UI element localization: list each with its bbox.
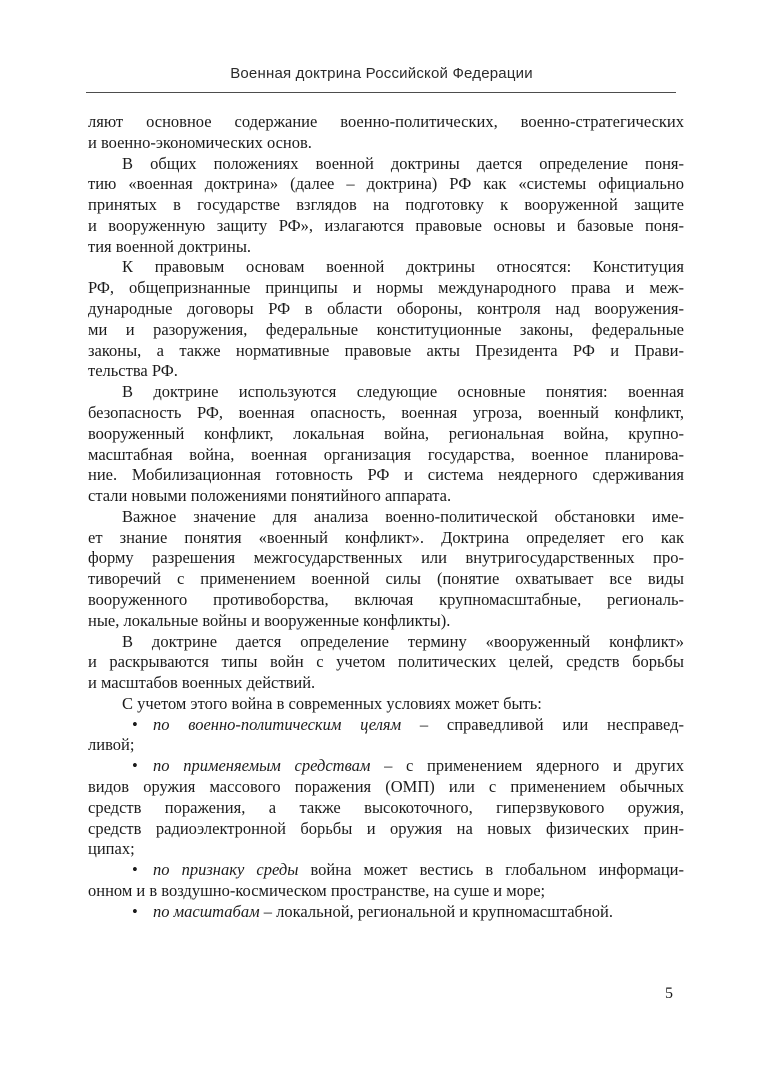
text-line: РФ, общепризнанные принципы и нормы межд…: [88, 278, 684, 299]
text-line: форму разрешения межгосударственных или …: [88, 548, 684, 569]
text-segment: ные, локальные войны и вооруженные конфл…: [88, 611, 450, 630]
text-line: тия военной доктрины.: [88, 237, 684, 258]
indent-spacer: [88, 646, 122, 647]
text-segment: РФ, общепризнанные принципы и нормы межд…: [88, 278, 684, 297]
text-segment: ливой;: [88, 735, 134, 754]
text-line: и военно-экономических основ.: [88, 133, 684, 154]
text-line: ные, локальные войны и вооруженные конфл…: [88, 611, 684, 632]
indent-spacer: [88, 521, 122, 522]
text-line: онном и в воздушно-космическом пространс…: [88, 881, 684, 902]
indent-spacer: [88, 708, 122, 709]
text-segment: вооруженного противоборства, включая кру…: [88, 590, 684, 609]
text-segment: тельства РФ.: [88, 361, 178, 380]
text-line: принятых в государстве взглядов на подго…: [88, 195, 684, 216]
text-segment: – с применением ядерного и других: [370, 756, 684, 775]
text-line: ние. Мобилизационная готовность РФ и сис…: [88, 465, 684, 486]
header-rule: [86, 92, 676, 93]
text-segment: средств радиоэлектронной борьбы и оружия…: [88, 819, 684, 838]
text-segment: и масштабов военных действий.: [88, 673, 315, 692]
indent-spacer: [88, 729, 132, 730]
text-line: тию «военная доктрина» (далее – доктрина…: [88, 174, 684, 195]
italic-term: по масштабам: [153, 902, 260, 921]
running-header-title: Военная доктрина Российской Федерации: [230, 65, 533, 82]
text-segment: К правовым основам военной доктрины отно…: [122, 257, 684, 276]
text-segment: дународные договоры РФ в области обороны…: [88, 299, 684, 318]
text-line: стали новыми положениями понятийного апп…: [88, 486, 684, 507]
italic-term: по военно-политическим целям: [153, 715, 401, 734]
running-header: Военная доктрина Российской Федерации: [0, 63, 763, 85]
text-line: •по масштабам – локальной, региональной …: [88, 902, 684, 923]
text-segment: ципах;: [88, 839, 135, 858]
text-line: безопасность РФ, военная опасность, воен…: [88, 403, 684, 424]
indent-spacer: [88, 396, 122, 397]
text-segment: ляют основное содержание военно-политиче…: [88, 112, 684, 131]
text-line: ляют основное содержание военно-политиче…: [88, 112, 684, 133]
text-segment: и вооруженную защиту РФ», излагаются пра…: [88, 216, 684, 235]
text-segment: законы, а также нормативные правовые акт…: [88, 341, 684, 360]
text-segment: В доктрине дается определение термину «в…: [122, 632, 684, 651]
text-line: и раскрываются типы войн с учетом полити…: [88, 652, 684, 673]
text-segment: онном и в воздушно-космическом пространс…: [88, 881, 545, 900]
bullet-marker-icon: •: [132, 715, 153, 736]
text-segment: средств поражения, а также высокоточного…: [88, 798, 684, 817]
text-segment: принятых в государстве взглядов на подго…: [88, 195, 684, 214]
text-column: ляют основное содержание военно-политиче…: [88, 112, 684, 922]
text-line: К правовым основам военной доктрины отно…: [88, 257, 684, 278]
text-line: ципах;: [88, 839, 684, 860]
text-segment: видов оружия массового поражения (ОМП) и…: [88, 777, 684, 796]
text-segment: форму разрешения межгосударственных или …: [88, 548, 684, 567]
text-line: В доктрине используются следующие основн…: [88, 382, 684, 403]
text-line: С учетом этого война в современных услов…: [88, 694, 684, 715]
text-segment: В доктрине используются следующие основн…: [122, 382, 684, 401]
text-line: ет знание понятия «военный конфликт». До…: [88, 528, 684, 549]
text-line: вооруженного противоборства, включая кру…: [88, 590, 684, 611]
text-segment: Важное значение для анализа военно-полит…: [122, 507, 684, 526]
italic-term: по признаку среды: [153, 860, 298, 879]
text-segment: ет знание понятия «военный конфликт». До…: [88, 528, 684, 547]
text-segment: и раскрываются типы войн с учетом полити…: [88, 652, 684, 671]
text-line: •по признаку среды война может вестись в…: [88, 860, 684, 881]
text-line: •по применяемым средствам – с применение…: [88, 756, 684, 777]
text-line: ми и разоружения, федеральные конституци…: [88, 320, 684, 341]
text-segment: ми и разоружения, федеральные конституци…: [88, 320, 684, 339]
indent-spacer: [88, 916, 132, 917]
text-line: •по военно-политическим целям – справедл…: [88, 715, 684, 736]
indent-spacer: [88, 874, 132, 875]
italic-term: по применяемым средствам: [153, 756, 370, 775]
text-line: ливой;: [88, 735, 684, 756]
text-segment: тия военной доктрины.: [88, 237, 251, 256]
text-segment: – справедливой или несправед-: [401, 715, 684, 734]
text-segment: С учетом этого война в современных услов…: [122, 694, 542, 713]
text-line: Важное значение для анализа военно-полит…: [88, 507, 684, 528]
text-segment: В общих положениях военной доктрины дает…: [122, 154, 684, 173]
text-segment: стали новыми положениями понятийного апп…: [88, 486, 451, 505]
text-line: вооруженный конфликт, локальная война, р…: [88, 424, 684, 445]
text-segment: вооруженный конфликт, локальная война, р…: [88, 424, 684, 443]
text-segment: масштабная война, военная организация го…: [88, 445, 684, 464]
text-segment: тию «военная доктрина» (далее – доктрина…: [88, 174, 684, 193]
text-line: средств радиоэлектронной борьбы и оружия…: [88, 819, 684, 840]
text-segment: тиворечий с применением военной силы (по…: [88, 569, 684, 588]
text-line: В общих положениях военной доктрины дает…: [88, 154, 684, 175]
text-line: законы, а также нормативные правовые акт…: [88, 341, 684, 362]
text-segment: война может вестись в глобальном информа…: [298, 860, 684, 879]
bullet-marker-icon: •: [132, 860, 153, 881]
text-segment: ние. Мобилизационная готовность РФ и сис…: [88, 465, 684, 484]
bullet-marker-icon: •: [132, 756, 153, 777]
indent-spacer: [88, 168, 122, 169]
page-number: 5: [665, 984, 673, 1004]
text-line: дународные договоры РФ в области обороны…: [88, 299, 684, 320]
text-line: видов оружия массового поражения (ОМП) и…: [88, 777, 684, 798]
bullet-marker-icon: •: [132, 902, 153, 923]
indent-spacer: [88, 770, 132, 771]
text-segment: безопасность РФ, военная опасность, воен…: [88, 403, 684, 422]
text-segment: – локальной, региональной и крупномасшта…: [260, 902, 613, 921]
text-line: средств поражения, а также высокоточного…: [88, 798, 684, 819]
text-line: и масштабов военных действий.: [88, 673, 684, 694]
text-segment: и военно-экономических основ.: [88, 133, 312, 152]
text-line: масштабная война, военная организация го…: [88, 445, 684, 466]
text-line: и вооруженную защиту РФ», излагаются пра…: [88, 216, 684, 237]
document-page: Военная доктрина Российской Федерации ля…: [0, 0, 763, 1080]
text-line: тельства РФ.: [88, 361, 684, 382]
indent-spacer: [88, 271, 122, 272]
text-line: В доктрине дается определение термину «в…: [88, 632, 684, 653]
text-line: тиворечий с применением военной силы (по…: [88, 569, 684, 590]
